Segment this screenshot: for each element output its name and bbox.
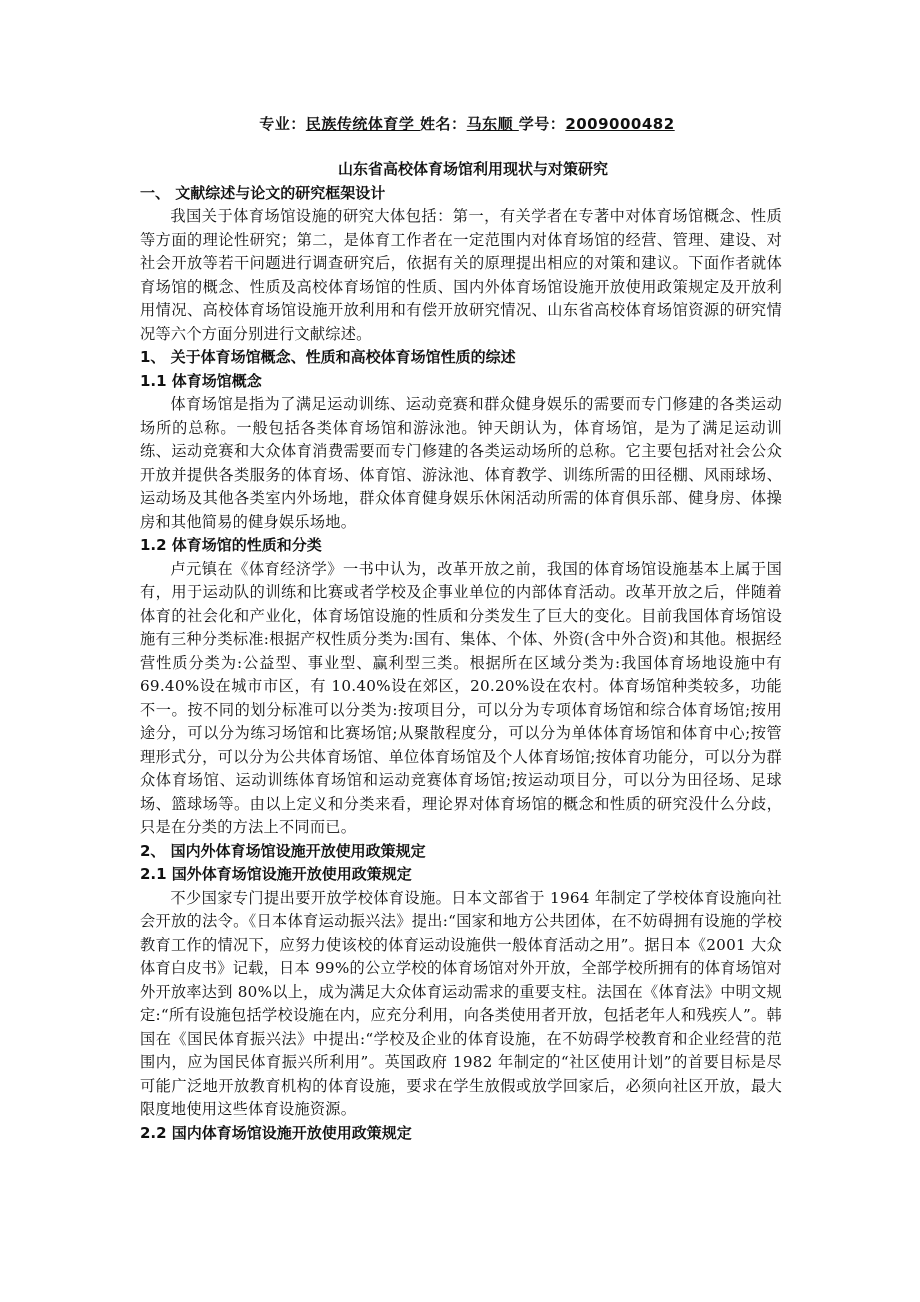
- name-value: 马东顺: [467, 115, 519, 133]
- paragraph-1-2: 卢元镇在《体育经济学》一书中认为，改革开放之前，我国的体育场馆设施基本上属于国有…: [140, 558, 782, 840]
- section-heading-literature-review: 一、 文献综述与论文的研究框架设计: [140, 182, 782, 206]
- subsection-heading-2-2: 2.2 国内体育场馆设施开放使用政策规定: [140, 1122, 782, 1146]
- subsection-heading-1-2: 1.2 体育场馆的性质和分类: [140, 534, 782, 558]
- student-id-label: 学号：: [519, 115, 566, 133]
- major-label: 专业：: [259, 115, 306, 133]
- student-id-value: 2009000482: [565, 115, 674, 133]
- section-heading-policies: 2、 国内外体育场馆设施开放使用政策规定: [140, 840, 782, 864]
- student-info-line: 专业：民族传统体育学 姓名：马东顺 学号：2009000482: [152, 112, 782, 136]
- paragraph-1-1: 体育场馆是指为了满足运动训练、运动竞赛和群众健身娱乐的需要而专门修建的各类运动场…: [140, 393, 782, 534]
- paragraph-intro: 我国关于体育场馆设施的研究大体包括：第一，有关学者在专著中对体育场馆概念、性质等…: [140, 205, 782, 346]
- paragraph-2-1: 不少国家专门提出要开放学校体育设施。日本文部省于 1964 年制定了学校体育设施…: [140, 887, 782, 1122]
- document-title: 山东省高校体育场馆利用现状与对策研究: [164, 158, 782, 182]
- subsection-heading-2-1: 2.1 国外体育场馆设施开放使用政策规定: [140, 863, 782, 887]
- major-value: 民族传统体育学: [306, 115, 420, 133]
- subsection-heading-1-1: 1.1 体育场馆概念: [140, 370, 782, 394]
- document-page: 专业：民族传统体育学 姓名：马东顺 学号：2009000482 山东省高校体育场…: [140, 112, 782, 1145]
- section-heading-concept-nature: 1、 关于体育场馆概念、性质和高校体育场馆性质的综述: [140, 346, 782, 370]
- name-label: 姓名：: [420, 115, 467, 133]
